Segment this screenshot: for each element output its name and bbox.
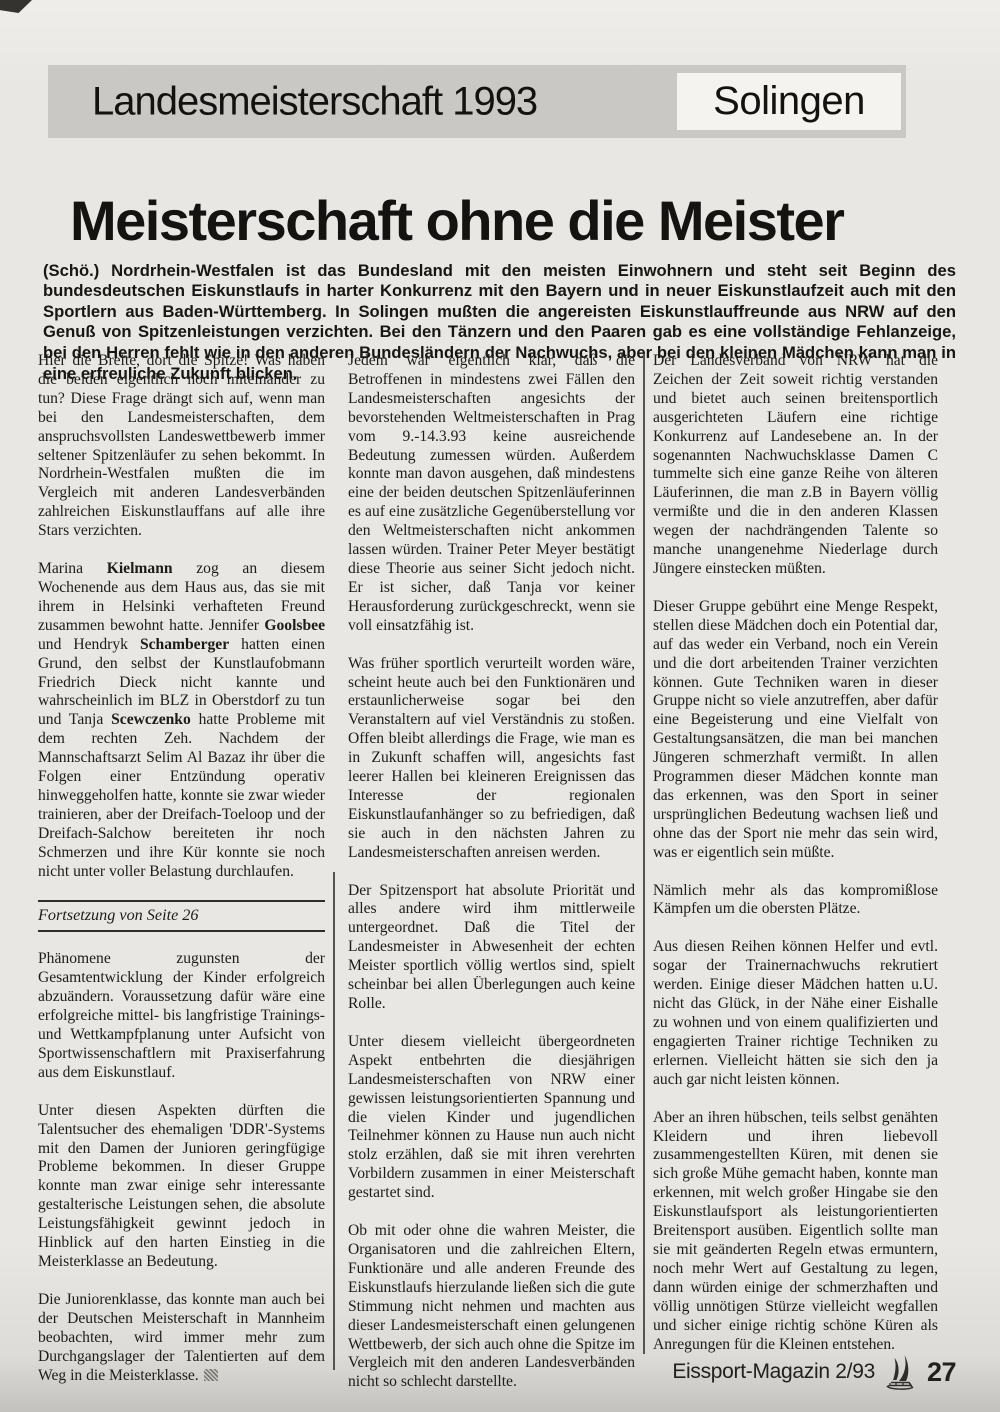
article-paragraph: Dieser Gruppe gebührt eine Menge Respekt…	[653, 598, 938, 863]
column-divider-1-2	[333, 872, 335, 1370]
article-paragraph: Der Landesverband von NRW hat die Zeiche…	[653, 352, 938, 579]
series-title: Landesmeisterschaft 1993	[92, 79, 537, 124]
magazine-page: Landesmeisterschaft 1993 Solingen Meiste…	[0, 0, 1000, 1412]
paragraph-text: Phänomene zugunsten der Gesamtentwicklun…	[38, 950, 325, 1080]
article-paragraph: Phänomene zugunsten der Gesamtentwicklun…	[38, 950, 325, 1082]
paragraph-text: Dieser Gruppe gebührt eine Menge Respekt…	[653, 598, 938, 861]
scan-corner-artifact	[0, 0, 32, 13]
paragraph-text: Der Spitzensport hat absolute Priorität …	[348, 882, 635, 1012]
paragraph-text: Die Juniorenklasse, das konnte man auch …	[38, 1291, 325, 1384]
athlete-name-bold: Scewczenko	[111, 711, 191, 728]
kicker-bar: Landesmeisterschaft 1993 Solingen	[48, 65, 906, 138]
paragraph-text: Unter diesem vielleicht übergeordneten A…	[348, 1033, 635, 1201]
article-paragraph: Nämlich mehr als das kompromißlose Kämpf…	[653, 882, 938, 920]
paragraph-text: Der Landesverband von NRW hat die Zeiche…	[653, 352, 938, 577]
end-of-article-marker	[204, 1369, 218, 1381]
athlete-name-bold: Goolsbee	[264, 617, 325, 634]
paragraph-text: Ob mit oder ohne die wahren Meister, die…	[348, 1222, 635, 1390]
article-paragraph: Die Juniorenklasse, das konnte man auch …	[38, 1291, 325, 1386]
paragraph-text: hatte Probleme mit dem rechten Zeh. Nach…	[38, 711, 325, 879]
page-number: 27	[927, 1357, 956, 1388]
article-paragraph: Marina Kielmann zog an diesem Wochenende…	[38, 560, 325, 881]
paragraph-text: Jedem war eigentlich klar, daß die Betro…	[348, 352, 635, 634]
article-column-3: Der Landesverband von NRW hat die Zeiche…	[653, 352, 938, 1373]
paragraph-text: Aus diesen Reihen können Helfer und evtl…	[653, 938, 938, 1087]
article-paragraph: Hier die Breite, dort die Spitze! Was ha…	[38, 352, 325, 541]
page-footer: Eissport-Magazin 2/93 27	[672, 1350, 956, 1394]
skate-logo-icon	[884, 1352, 918, 1392]
paragraph-text: Unter diesen Aspekten dürften die Talent…	[38, 1102, 325, 1270]
magazine-name: Eissport-Magazin 2/93	[672, 1360, 875, 1384]
article-paragraph: Aber an ihren hübschen, teils selbst gen…	[653, 1109, 938, 1355]
paragraph-text: Hier die Breite, dort die Spitze! Was ha…	[38, 352, 325, 539]
article-paragraph: Unter diesem vielleicht übergeordneten A…	[348, 1033, 635, 1203]
paragraph-text: Was früher sportlich verurteilt worden w…	[348, 655, 635, 861]
article-paragraph: Jedem war eigentlich klar, daß die Betro…	[348, 352, 635, 636]
article-headline: Meisterschaft ohne die Meister	[70, 188, 940, 253]
paragraph-text: Marina	[38, 560, 107, 577]
paragraph-text: und Hendryk	[38, 636, 140, 653]
athlete-name-bold: Schamberger	[140, 636, 229, 653]
location-label: Solingen	[713, 79, 865, 124]
column-divider-2-3	[643, 354, 645, 1354]
article-paragraph: Was früher sportlich verurteilt worden w…	[348, 655, 635, 863]
article-paragraph: Unter diesen Aspekten dürften die Talent…	[38, 1102, 325, 1272]
article-column-2: Jedem war eigentlich klar, daß die Betro…	[348, 352, 635, 1411]
location-badge: Solingen	[677, 73, 901, 130]
athlete-name-bold: Kielmann	[107, 560, 173, 577]
article-paragraph: Ob mit oder ohne die wahren Meister, die…	[348, 1222, 635, 1392]
paragraph-text: Aber an ihren hübschen, teils selbst gen…	[653, 1109, 938, 1353]
article-column-1: Hier die Breite, dort die Spitze! Was ha…	[38, 352, 325, 1404]
continuation-note: Fortsetzung von Seite 26	[38, 900, 325, 932]
article-paragraph: Aus diesen Reihen können Helfer und evtl…	[653, 938, 938, 1089]
article-paragraph: Der Spitzensport hat absolute Priorität …	[348, 882, 635, 1014]
paragraph-text: Nämlich mehr als das kompromißlose Kämpf…	[653, 882, 938, 918]
